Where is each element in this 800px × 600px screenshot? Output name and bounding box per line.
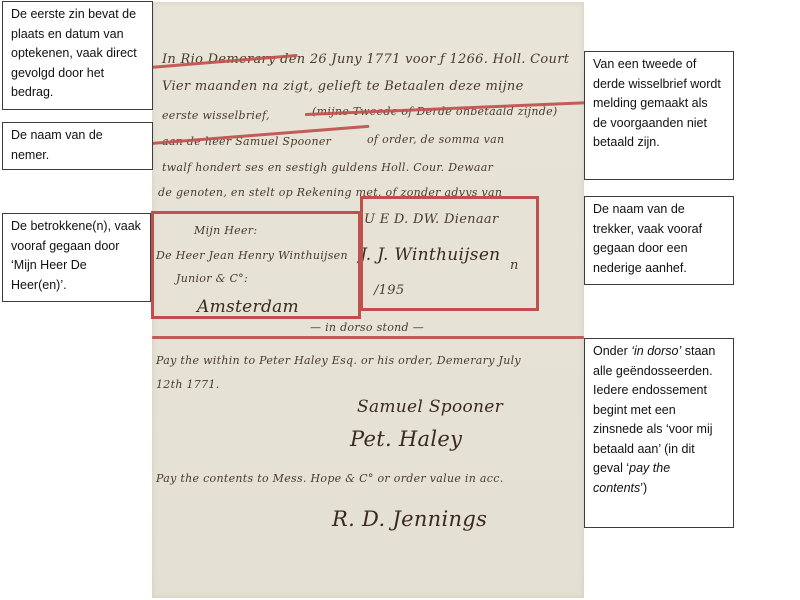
in-dorso-divider-line [152,336,584,339]
callout-in-dorso: Onder ‘in dorso’ staan alle geëndosseerd… [584,338,734,528]
manuscript-line-term: Vier maanden na zigt, gelieft te Betaale… [162,79,524,94]
endorsement-1-line-1: Pay the within to Peter Haley Esq. or hi… [156,354,521,367]
endorsement-signature-haley: Pet. Haley [350,427,462,451]
endorsement-signature-spooner: Samuel Spooner [357,397,503,417]
manuscript-line-order: of order, de somma van [367,133,504,146]
endorsement-2-line-1: Pay the contents to Mess. Hope & C° or o… [156,472,504,485]
callout-in-dorso-text: Onder ‘in dorso’ staan alle geëndosseerd… [593,342,725,498]
drawee-highlight-box [151,211,361,319]
endorsement-signature-jennings: R. D. Jennings [332,507,487,531]
callout-drawer: De naam van de trekker, vaak vooraf gega… [584,196,734,285]
endorsement-1-line-2: 12th 1771. [156,378,220,391]
callout-drawee: De betrokkene(n), vaak vooraf gegaan doo… [2,213,151,302]
callout-second-third-bill: Van een tweede of derde wisselbrief word… [584,51,734,180]
in-dorso-label: — in dorso stond — [310,321,424,334]
callout-taker-name: De naam van de nemer. [2,122,153,170]
callout-first-sentence: De eerste zin bevat de plaats en datum v… [2,1,153,110]
manuscript-line-first-bill: eerste wisselbrief, [162,109,270,122]
manuscript-line-sum: twalf hondert ses en sestigh guldens Hol… [162,161,493,174]
drawer-highlight-box [360,196,539,311]
